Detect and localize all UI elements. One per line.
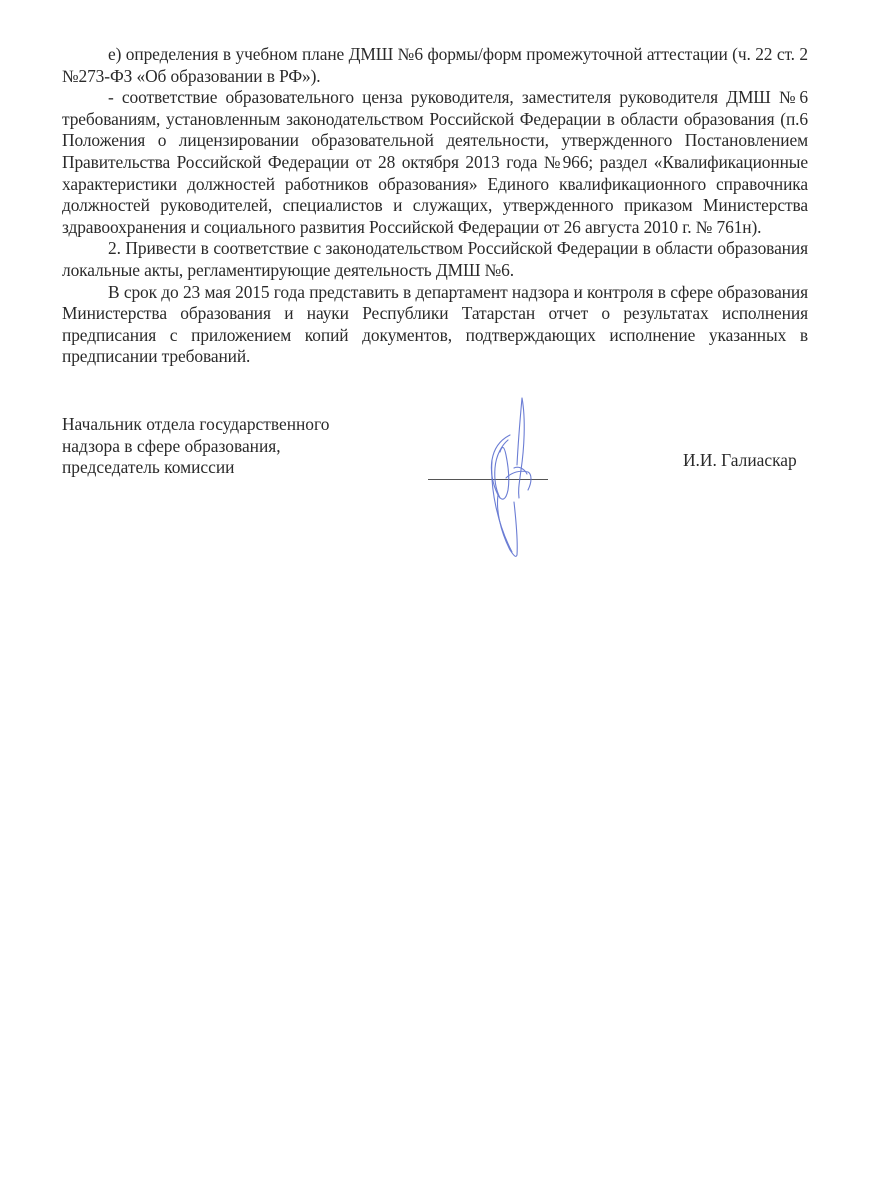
signatory-name: И.И. Галиаскар — [683, 450, 797, 472]
paragraph-item-e: е) определения в учебном плане ДМШ №6 фо… — [62, 44, 808, 87]
signatory-title-line: надзора в сфере образования, — [62, 436, 329, 458]
signatory-title-line: Начальник отдела государственного — [62, 414, 329, 436]
signatory-title-line: председатель комиссии — [62, 457, 329, 479]
paragraph-education-qualification: - соответствие образовательного ценза ру… — [62, 87, 808, 238]
handwritten-signature-icon — [420, 390, 570, 565]
paragraph-item-2: 2. Привести в соответствие с законодател… — [62, 238, 808, 281]
paragraph-deadline: В срок до 23 мая 2015 года представить в… — [62, 282, 808, 368]
document-body: е) определения в учебном плане ДМШ №6 фо… — [62, 44, 808, 368]
signatory-title: Начальник отдела государственного надзор… — [62, 414, 329, 479]
